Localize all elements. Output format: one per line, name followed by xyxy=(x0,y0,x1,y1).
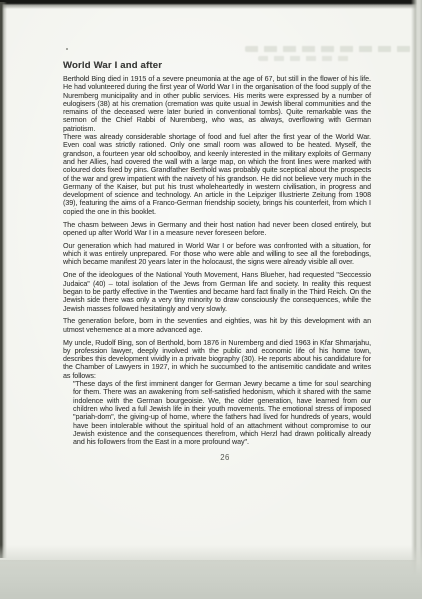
paragraph: Berthold Bing died in 1915 of a severe p… xyxy=(63,75,371,133)
scan-edge-top xyxy=(0,0,422,9)
paragraph: The generation before, born in the seven… xyxy=(63,317,371,334)
page-content: World War I and after Berthold Bing died… xyxy=(63,60,371,462)
scan-speck xyxy=(66,48,68,50)
scan-edge-bottom xyxy=(0,545,422,599)
paragraph: My uncle, Rudolf Bing, son of Berthold, … xyxy=(63,339,371,380)
paragraph: The chasm between Jews in Germany and th… xyxy=(63,221,371,238)
bleed-through-mark xyxy=(245,46,412,52)
scan-edge-left xyxy=(0,2,7,558)
section-heading: World War I and after xyxy=(63,60,371,71)
page-number: 26 xyxy=(63,453,371,462)
page-surface: World War I and after Berthold Bing died… xyxy=(0,0,418,560)
paragraph: Our generation which had matured in Worl… xyxy=(63,242,371,267)
block-quote: "These days of the first imminent danger… xyxy=(73,380,371,446)
paragraph: One of the ideologues of the National Yo… xyxy=(63,271,371,312)
paragraph: There was already considerable shortage … xyxy=(63,133,371,216)
scanned-book-page: World War I and after Berthold Bing died… xyxy=(0,0,422,599)
scan-edge-right xyxy=(411,0,422,599)
